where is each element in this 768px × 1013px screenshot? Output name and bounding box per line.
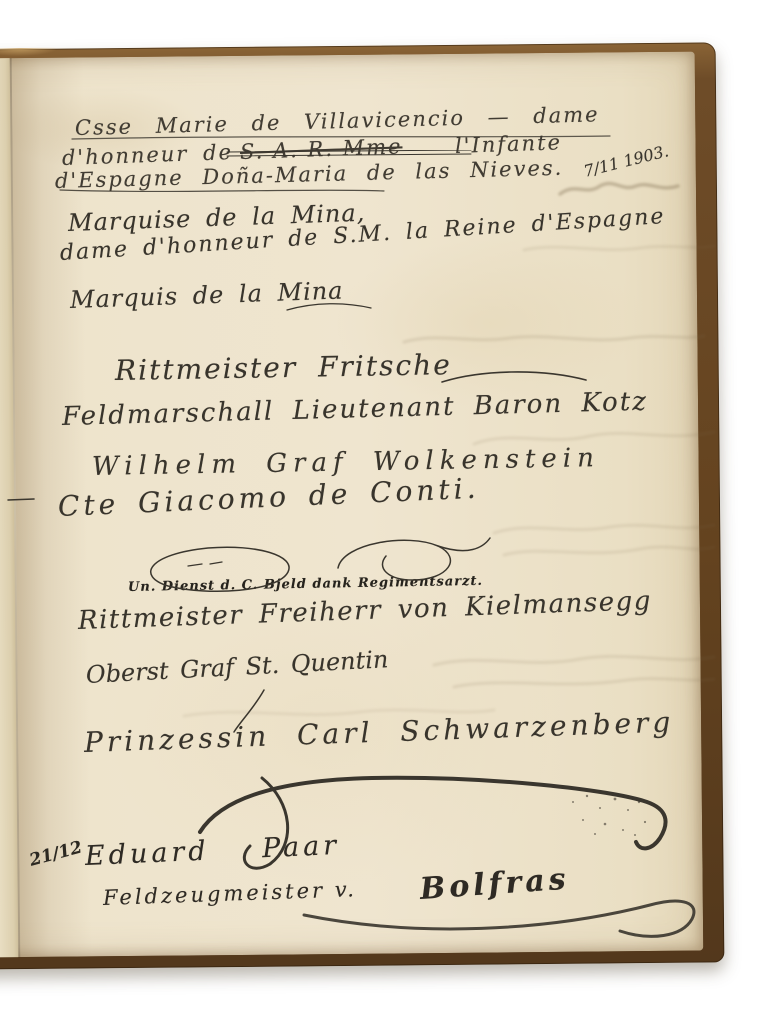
date-annotation-21-12: 21/12 [27,837,84,870]
ink-bleedthrough [400,328,710,350]
binding-thread-mark [6,496,38,504]
ink-bleedthrough [430,645,720,695]
ink-spatter-dots [565,790,655,840]
signature-graf-st-quentin: Oberst Graf St. Quentin [85,645,389,689]
handwriting-layer: Csse Marie de Villavicencio — dame d'hon… [0,0,768,1013]
flourish-conti-loops [128,528,498,600]
date-annotation-7-11-1903: 7/11 1903. [582,141,671,180]
flourish-strikethrough [225,150,475,158]
flourish-mina-tail [285,300,375,314]
ink-bleedthrough [490,515,720,565]
ink-bleedthrough [556,176,686,202]
photo-background: Csse Marie de Villavicencio — dame d'hon… [0,0,768,1013]
flourish-bolfras-underline [298,893,718,945]
flourish-underline-espagne [58,186,388,196]
flourish-fritsche-tail [440,366,590,388]
signature-rittmeister-fritsche: Rittmeister Fritsche [115,348,452,387]
flourish-quentin-descender [232,688,272,736]
signature-graf-wolkenstein: Wilhelm Graf Wolkenstein [92,443,600,482]
flourish-connector-line1 [70,134,615,142]
ink-bleedthrough [520,238,720,258]
